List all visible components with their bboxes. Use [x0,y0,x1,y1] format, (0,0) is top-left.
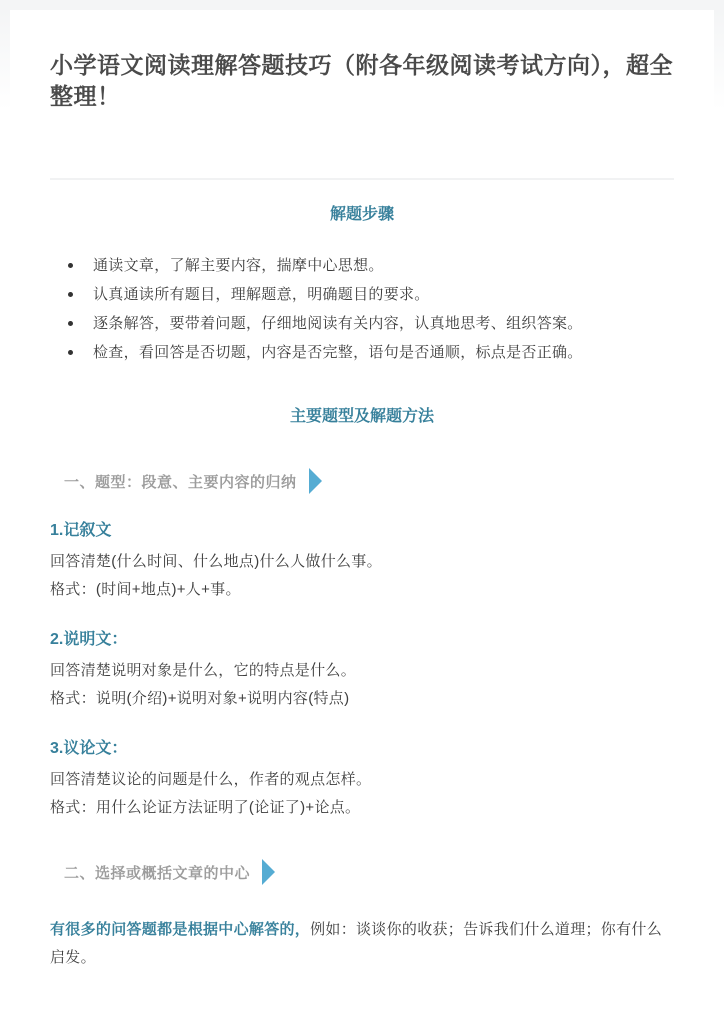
subsection-line: 回答清楚(什么时间、什么地点)什么人做什么事。 [50,548,674,576]
list-item: 通读文章，了解主要内容，揣摩中心思想。 [50,251,674,280]
topic-heading-2: 二、选择或概括文章的中心 [50,858,674,886]
section-heading-steps: 解题步骤 [50,205,674,225]
play-arrow-icon [309,468,322,494]
center-answer-paragraph: 有很多的问答题都是根据中心解答的，例如：谈谈你的收获；告诉我们什么道理；你有什么… [50,916,674,972]
subsection-line: 回答清楚说明对象是什么，它的特点是什么。 [50,657,674,685]
subsection-line: 格式：(时间+地点)+人+事。 [50,576,674,604]
article-page: 小学语文阅读理解答题技巧（附各年级阅读考试方向），超全整理！ 解题步骤 通读文章… [0,50,724,972]
divider [50,178,674,180]
subsection-narrative: 1.记叙文 回答清楚(什么时间、什么地点)什么人做什么事。 格式：(时间+地点)… [50,521,674,604]
bullet-icon [68,292,73,297]
bullet-icon [68,263,73,268]
step-text: 检查，看回答是否切题，内容是否完整，语句是否通顺，标点是否正确。 [93,344,583,361]
steps-list: 通读文章，了解主要内容，揣摩中心思想。 认真通读所有题目，理解题意，明确题目的要… [50,251,674,367]
subsection-line: 格式：用什么论证方法证明了(论证了)+论点。 [50,794,674,822]
list-item: 检查，看回答是否切题，内容是否完整，语句是否通顺，标点是否正确。 [50,338,674,367]
page-title: 小学语文阅读理解答题技巧（附各年级阅读考试方向），超全整理！ [50,50,674,112]
step-text: 认真通读所有题目，理解题意，明确题目的要求。 [93,286,430,303]
subsection-expository: 2.说明文： 回答清楚说明对象是什么，它的特点是什么。 格式：说明(介绍)+说明… [50,630,674,713]
bullet-icon [68,321,73,326]
topic-1-label: 一、题型：段意、主要内容的归纳 [64,471,297,492]
subsection-argumentative: 3.议论文： 回答清楚议论的问题是什么，作者的观点怎样。 格式：用什么论证方法证… [50,739,674,822]
subsection-line: 回答清楚议论的问题是什么，作者的观点怎样。 [50,766,674,794]
play-arrow-icon [262,859,275,885]
section-heading-methods: 主要题型及解题方法 [50,407,674,427]
list-item: 认真通读所有题目，理解题意，明确题目的要求。 [50,280,674,309]
subsection-title: 1.记叙文 [50,521,674,541]
page-top-edge [0,0,724,10]
list-item: 逐条解答，要带着问题，仔细地阅读有关内容，认真地思考、组织答案。 [50,309,674,338]
subsection-title: 3.议论文： [50,739,674,759]
bullet-icon [68,350,73,355]
paragraph-lead: 有很多的问答题都是根据中心解答的， [50,921,310,938]
subsection-title: 2.说明文： [50,630,674,650]
step-text: 通读文章，了解主要内容，揣摩中心思想。 [93,257,384,274]
subsection-line: 格式：说明(介绍)+说明对象+说明内容(特点) [50,685,674,713]
topic-2-label: 二、选择或概括文章的中心 [64,862,250,883]
topic-heading-1: 一、题型：段意、主要内容的归纳 [50,467,674,495]
step-text: 逐条解答，要带着问题，仔细地阅读有关内容，认真地思考、组织答案。 [93,315,583,332]
